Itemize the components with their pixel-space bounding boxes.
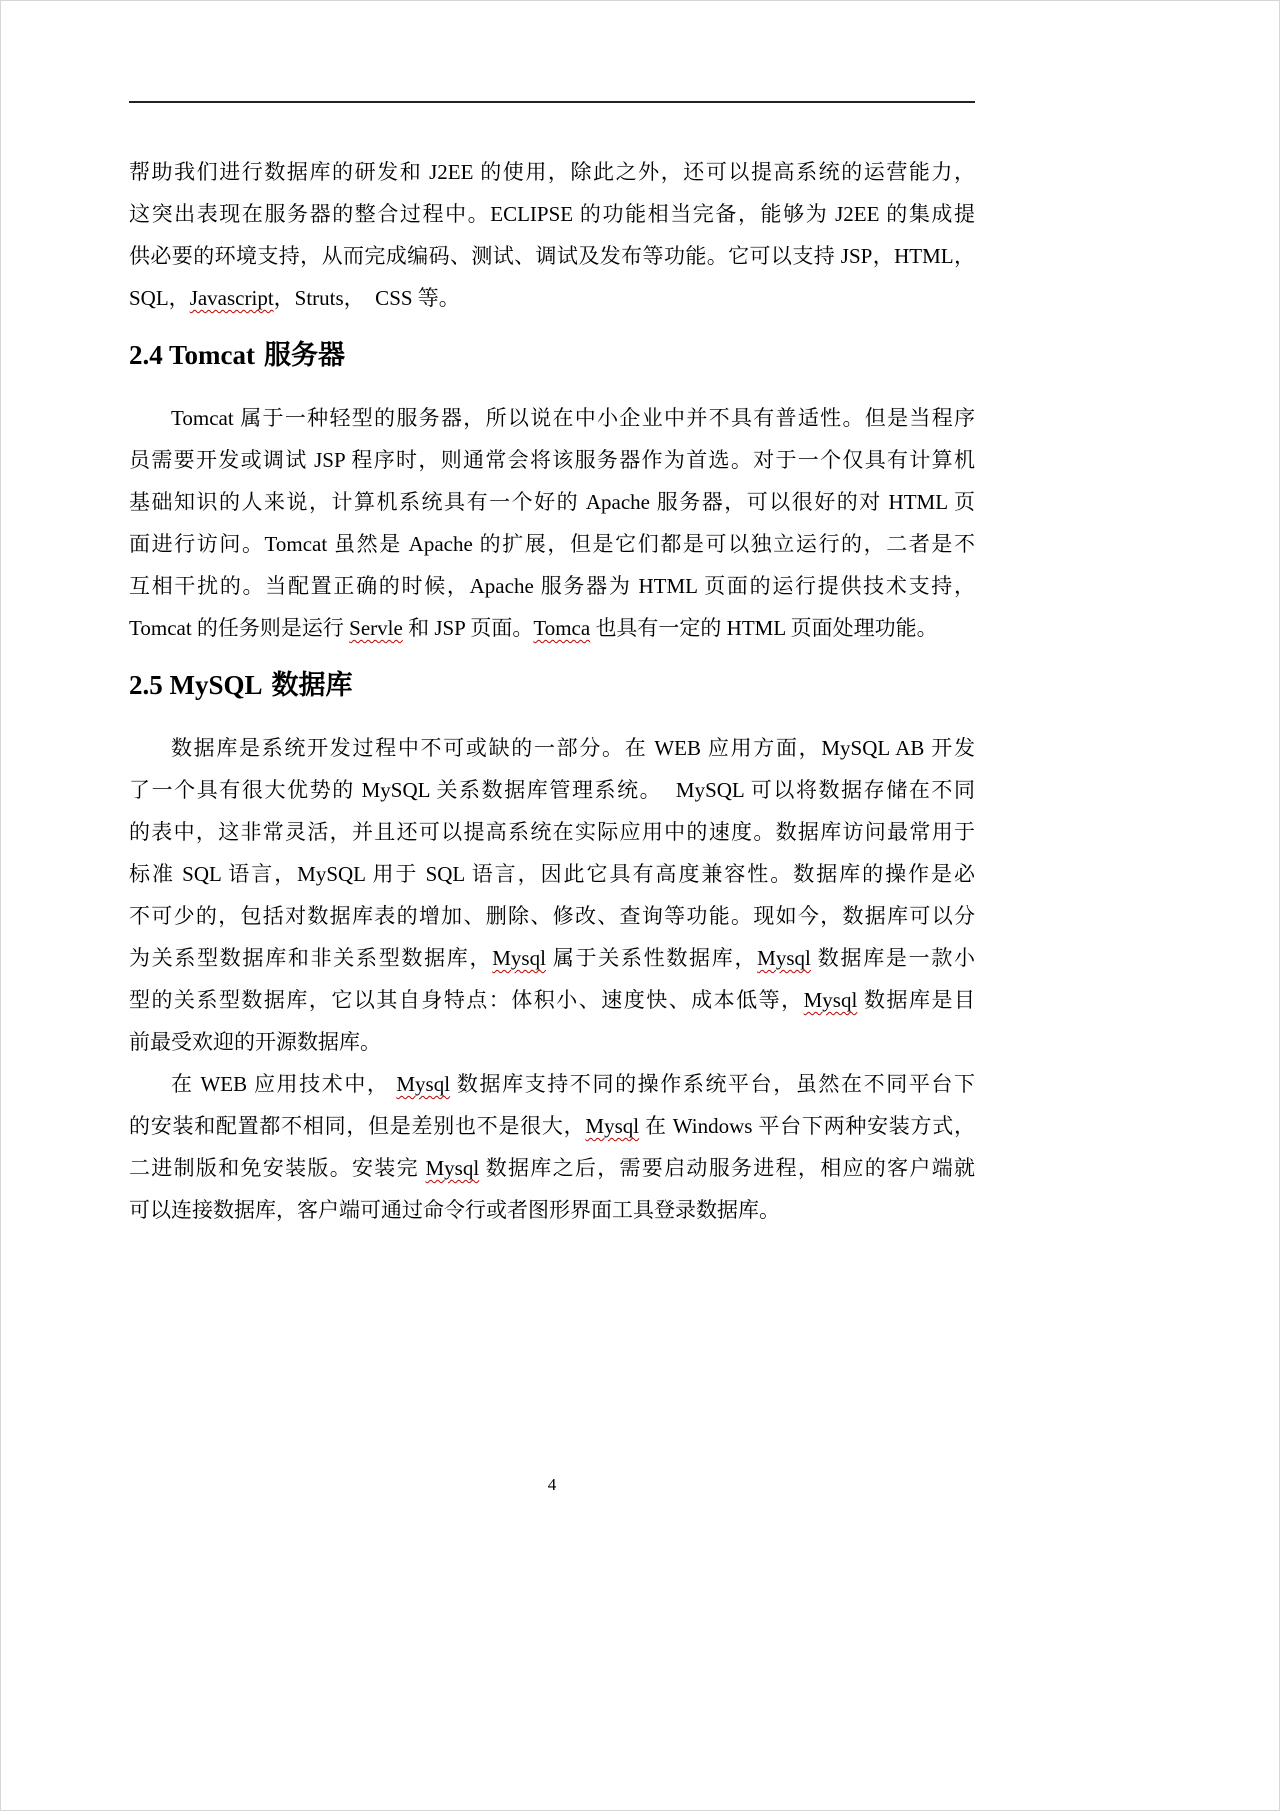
page-number: 4: [129, 1473, 975, 1497]
misspelled-word: Mysql: [425, 1156, 479, 1180]
heading-2-4-title-zh: 服务器: [264, 340, 345, 370]
misspelled-word: Mysql: [757, 946, 811, 970]
misspelled-word: Mysql: [804, 988, 858, 1012]
text-line: 前最受欢迎的开源数据库。: [129, 1021, 975, 1063]
text-segment: 可以连接数据库，客户端可通过命令行或者图形界面工具登录数据库。: [129, 1198, 780, 1222]
text-line: 供必要的环境支持，从而完成编码、测试、调试及发布等功能。它可以支持 JSP，HT…: [129, 235, 975, 277]
text-line: 在 WEB 应用技术中， Mysql 数据库支持不同的操作系统平台，虽然在不同平…: [129, 1063, 975, 1105]
text-segment: 属于关系性数据库，: [546, 946, 757, 970]
paragraph-mysql-install: 在 WEB 应用技术中， Mysql 数据库支持不同的操作系统平台，虽然在不同平…: [129, 1063, 975, 1231]
text-segment: 数据库是一款小: [811, 946, 975, 970]
heading-2-4-number: 2.4 Tomcat: [129, 340, 255, 370]
text-segment: SQL，: [129, 286, 190, 310]
text-line: 帮助我们进行数据库的研发和 J2EE 的使用，除此之外，还可以提高系统的运营能力…: [129, 151, 975, 193]
text-segment: 帮助我们进行数据库的研发和 J2EE 的使用，除此之外，还可以提高系统的运营能力…: [129, 160, 975, 184]
text-line: 面进行访问。Tomcat 虽然是 Apache 的扩展，但是它们都是可以独立运行…: [129, 523, 975, 565]
text-segment: 的安装和配置都不相同，但是差别也不是很大，: [129, 1114, 585, 1138]
text-segment: 在 WEB 应用技术中，: [171, 1072, 396, 1096]
text-segment: 前最受欢迎的开源数据库。: [129, 1030, 381, 1054]
text-line: 为关系型数据库和非关系型数据库，Mysql 属于关系性数据库，Mysql 数据库…: [129, 937, 975, 979]
text-segment: 供必要的环境支持，从而完成编码、测试、调试及发布等功能。它可以支持 JSP，HT…: [129, 244, 975, 268]
text-segment: 互相干扰的。当配置正确的时候，Apache 服务器为 HTML 页面的运行提供技…: [129, 574, 975, 598]
heading-2-4-tomcat: 2.4 Tomcat服务器: [129, 333, 975, 377]
text-segment: 在 Windows 平台下两种安装方式，: [639, 1114, 975, 1138]
misspelled-word: Servle: [349, 616, 403, 640]
paragraph-mysql-overview: 数据库是系统开发过程中不可或缺的一部分。在 WEB 应用方面，MySQL AB …: [129, 727, 975, 1063]
text-line: 了一个具有很大优势的 MySQL 关系数据库管理系统。 MySQL 可以将数据存…: [129, 769, 975, 811]
misspelled-word: Mysql: [396, 1072, 450, 1096]
text-segment: 和 JSP 页面。: [403, 616, 534, 640]
text-line: 不可少的，包括对数据库表的增加、删除、修改、查询等功能。现如今，数据库可以分: [129, 895, 975, 937]
text-line: 这突出表现在服务器的整合过程中。ECLIPSE 的功能相当完备，能够为 J2EE…: [129, 193, 975, 235]
text-line: 基础知识的人来说，计算机系统具有一个好的 Apache 服务器，可以很好的对 H…: [129, 481, 975, 523]
text-line: 可以连接数据库，客户端可通过命令行或者图形界面工具登录数据库。: [129, 1189, 975, 1231]
text-segment: 面进行访问。Tomcat 虽然是 Apache 的扩展，但是它们都是可以独立运行…: [129, 532, 975, 556]
paragraph-tomcat: Tomcat 属于一种轻型的服务器，所以说在中小企业中并不具有普适性。但是当程序…: [129, 397, 975, 649]
text-segment: 数据库之后，需要启动服务进程，相应的客户端就: [479, 1156, 975, 1180]
text-line: 型的关系型数据库，它以其自身特点：体积小、速度快、成本低等，Mysql 数据库是…: [129, 979, 975, 1021]
text-line: 员需要开发或调试 JSP 程序时，则通常会将该服务器作为首选。对于一个仅具有计算…: [129, 439, 975, 481]
text-segment: 数据库是系统开发过程中不可或缺的一部分。在 WEB 应用方面，MySQL AB …: [171, 736, 975, 760]
misspelled-word: Javascript: [190, 286, 274, 310]
text-line: Tomcat 的任务则是运行 Servle 和 JSP 页面。Tomca 也具有…: [129, 607, 975, 649]
text-line: 二进制版和免安装版。安装完 Mysql 数据库之后，需要启动服务进程，相应的客户…: [129, 1147, 975, 1189]
text-segment: 二进制版和免安装版。安装完: [129, 1156, 425, 1180]
text-line: 数据库是系统开发过程中不可或缺的一部分。在 WEB 应用方面，MySQL AB …: [129, 727, 975, 769]
misspelled-word: Mysql: [585, 1114, 639, 1138]
text-segment: 基础知识的人来说，计算机系统具有一个好的 Apache 服务器，可以很好的对 H…: [129, 490, 975, 514]
text-segment: Tomcat 的任务则是运行: [129, 616, 349, 640]
header-rule: [129, 101, 975, 103]
text-segment: 为关系型数据库和非关系型数据库，: [129, 946, 492, 970]
text-line: Tomcat 属于一种轻型的服务器，所以说在中小企业中并不具有普适性。但是当程序: [129, 397, 975, 439]
paragraph-eclipse: 帮助我们进行数据库的研发和 J2EE 的使用，除此之外，还可以提高系统的运营能力…: [129, 151, 975, 319]
page-content: 帮助我们进行数据库的研发和 J2EE 的使用，除此之外，还可以提高系统的运营能力…: [129, 151, 975, 1231]
text-line: 互相干扰的。当配置正确的时候，Apache 服务器为 HTML 页面的运行提供技…: [129, 565, 975, 607]
text-segment: 了一个具有很大优势的 MySQL 关系数据库管理系统。 MySQL 可以将数据存…: [129, 778, 975, 802]
text-segment: 型的关系型数据库，它以其自身特点：体积小、速度快、成本低等，: [129, 988, 804, 1012]
heading-2-5-title-zh: 数据库: [272, 670, 353, 700]
text-line: SQL，Javascript，Struts， CSS 等。: [129, 277, 975, 319]
text-segment: ，Struts， CSS 等。: [274, 286, 460, 310]
text-segment: 标准 SQL 语言，MySQL 用于 SQL 语言，因此它具有高度兼容性。数据库…: [129, 862, 975, 886]
text-segment: 数据库是目: [857, 988, 975, 1012]
heading-2-5-number: 2.5 MySQL: [129, 670, 263, 700]
heading-2-5-mysql: 2.5 MySQL数据库: [129, 663, 975, 707]
text-segment: 也具有一定的 HTML 页面处理功能。: [590, 616, 937, 640]
text-segment: 不可少的，包括对数据库表的增加、删除、修改、查询等功能。现如今，数据库可以分: [129, 904, 975, 928]
text-segment: 数据库支持不同的操作系统平台，虽然在不同平台下: [450, 1072, 975, 1096]
text-segment: 的表中，这非常灵活，并且还可以提高系统在实际应用中的速度。数据库访问最常用于: [129, 820, 975, 844]
misspelled-word: Tomca: [533, 616, 590, 640]
text-line: 标准 SQL 语言，MySQL 用于 SQL 语言，因此它具有高度兼容性。数据库…: [129, 853, 975, 895]
text-segment: 这突出表现在服务器的整合过程中。ECLIPSE 的功能相当完备，能够为 J2EE…: [129, 202, 975, 226]
text-segment: Tomcat 属于一种轻型的服务器，所以说在中小企业中并不具有普适性。但是当程序: [171, 406, 975, 430]
document-page: 帮助我们进行数据库的研发和 J2EE 的使用，除此之外，还可以提高系统的运营能力…: [0, 0, 1280, 1811]
text-line: 的表中，这非常灵活，并且还可以提高系统在实际应用中的速度。数据库访问最常用于: [129, 811, 975, 853]
misspelled-word: Mysql: [492, 946, 546, 970]
text-line: 的安装和配置都不相同，但是差别也不是很大，Mysql 在 Windows 平台下…: [129, 1105, 975, 1147]
text-segment: 员需要开发或调试 JSP 程序时，则通常会将该服务器作为首选。对于一个仅具有计算…: [129, 448, 975, 472]
